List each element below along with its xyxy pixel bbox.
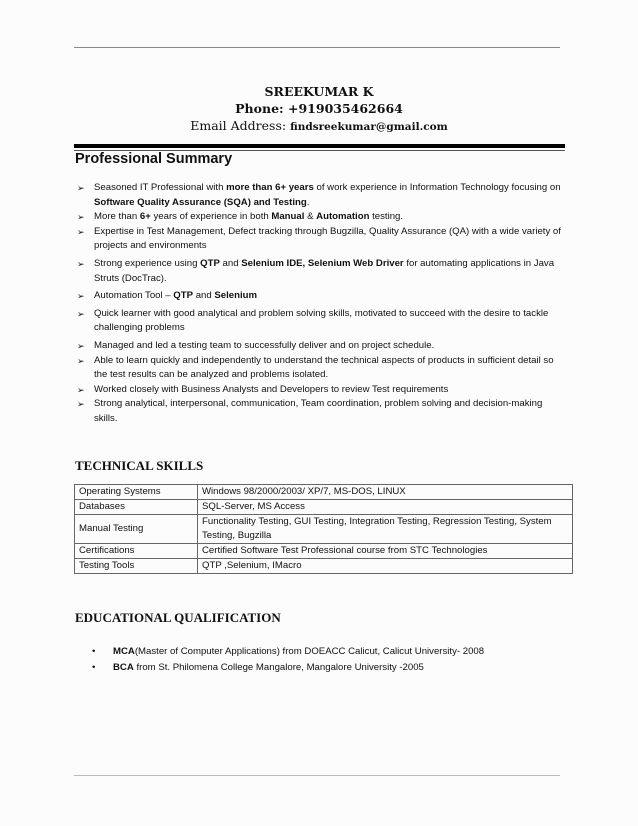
text: from St. Philomena College Mangalore, Ma… <box>134 662 424 673</box>
skill-value: SQL-Server, MS Access <box>198 500 573 515</box>
emphasis-text: QTP <box>200 258 220 269</box>
professional-summary-list: ➢Seasoned IT Professional with more than… <box>77 181 567 427</box>
email-address: findsreekumar@gmail.com <box>290 121 448 133</box>
arrow-bullet-icon: ➢ <box>77 210 85 225</box>
skill-category: Operating Systems <box>75 485 198 500</box>
skill-value: Windows 98/2000/2003/ XP/7, MS-DOS, LINU… <box>198 485 573 500</box>
phone-label: Phone: <box>235 101 283 116</box>
bottom-divider <box>74 775 560 776</box>
table-row: Operating SystemsWindows 98/2000/2003/ X… <box>75 485 573 500</box>
text: Worked closely with Business Analysts an… <box>94 384 448 395</box>
arrow-bullet-icon: ➢ <box>77 383 85 398</box>
skill-value: Certified Software Test Professional cou… <box>198 544 573 559</box>
arrow-bullet-icon: ➢ <box>77 339 85 354</box>
emphasis-text: Manual <box>271 211 304 222</box>
table-row: Manual TestingFunctionality Testing, GUI… <box>75 515 573 544</box>
professional-summary-heading: Professional Summary <box>75 151 232 167</box>
emphasis-text: QTP <box>173 290 193 301</box>
emphasis-text: MCA <box>113 646 135 657</box>
text: Managed and led a testing team to succes… <box>94 340 434 351</box>
table-row: DatabasesSQL-Server, MS Access <box>75 500 573 515</box>
round-bullet-icon: • <box>92 644 95 660</box>
table-row: CertificationsCertified Software Test Pr… <box>75 544 573 559</box>
email-label: Email Address: <box>190 118 286 133</box>
text: and <box>220 258 241 269</box>
text: Seasoned IT Professional with <box>94 182 226 193</box>
education-item: •BCA from St. Philomena College Mangalor… <box>92 660 484 676</box>
education-item: •MCA(Master of Computer Applications) fr… <box>92 644 484 660</box>
candidate-name: SREEKUMAR K <box>0 83 638 100</box>
summary-item: ➢Quick learner with good analytical and … <box>77 307 567 336</box>
arrow-bullet-icon: ➢ <box>77 225 85 240</box>
text: of work experience in Information Techno… <box>314 182 561 193</box>
skill-category: Testing Tools <box>75 559 198 574</box>
text: Quick learner with good analytical and p… <box>94 308 548 334</box>
arrow-bullet-icon: ➢ <box>77 289 85 304</box>
arrow-bullet-icon: ➢ <box>77 257 85 272</box>
section-divider-thick <box>74 144 565 148</box>
skill-category: Manual Testing <box>75 515 198 544</box>
text: . <box>307 197 310 208</box>
text: testing. <box>369 211 403 222</box>
summary-item: ➢Seasoned IT Professional with more than… <box>77 181 567 210</box>
technical-skills-heading: TECHNICAL SKILLS <box>75 458 203 474</box>
arrow-bullet-icon: ➢ <box>77 397 85 412</box>
top-divider <box>74 47 560 48</box>
text: More than <box>94 211 140 222</box>
text: Strong analytical, interpersonal, commun… <box>94 398 542 424</box>
summary-item: ➢Managed and led a testing team to succe… <box>77 339 567 354</box>
text: and <box>193 290 214 301</box>
emphasis-text: BCA <box>113 662 134 673</box>
phone-number: +919035462664 <box>288 101 403 116</box>
text: Automation Tool – <box>94 290 173 301</box>
summary-item: ➢Worked closely with Business Analysts a… <box>77 383 567 398</box>
emphasis-text: Automation <box>316 211 369 222</box>
emphasis-text: 6+ <box>140 211 151 222</box>
summary-item: ➢Automation Tool – QTP and Selenium <box>77 289 567 304</box>
summary-item: ➢Strong analytical, interpersonal, commu… <box>77 397 567 426</box>
arrow-bullet-icon: ➢ <box>77 307 85 322</box>
text: Able to learn quickly and independently … <box>94 355 554 381</box>
emphasis-text: Selenium IDE, Selenium Web Driver <box>241 258 403 269</box>
text: years of experience in both <box>151 211 272 222</box>
text: (Master of Computer Applications) from D… <box>135 646 484 657</box>
emphasis-text: more than 6+ years <box>226 182 314 193</box>
skill-value: QTP ,Selenium, IMacro <box>198 559 573 574</box>
summary-item: ➢Able to learn quickly and independently… <box>77 354 567 383</box>
table-row: Testing ToolsQTP ,Selenium, IMacro <box>75 559 573 574</box>
text: & <box>304 211 316 222</box>
arrow-bullet-icon: ➢ <box>77 354 85 369</box>
summary-item: ➢More than 6+ years of experience in bot… <box>77 210 567 225</box>
skill-category: Certifications <box>75 544 198 559</box>
emphasis-text: Software Quality Assurance (SQA) and Tes… <box>94 197 307 208</box>
education-heading: EDUCATIONAL QUALIFICATION <box>75 610 281 626</box>
contact-header: SREEKUMAR K Phone: +919035462664 Email A… <box>0 83 638 136</box>
phone-line: Phone: +919035462664 <box>0 100 638 117</box>
email-line: Email Address: findsreekumar@gmail.com <box>0 117 638 136</box>
education-list: •MCA(Master of Computer Applications) fr… <box>92 644 484 676</box>
text: Strong experience using <box>94 258 200 269</box>
round-bullet-icon: • <box>92 660 95 676</box>
summary-item: ➢Expertise in Test Management, Defect tr… <box>77 225 567 254</box>
technical-skills-table: Operating SystemsWindows 98/2000/2003/ X… <box>74 484 573 574</box>
skill-value: Functionality Testing, GUI Testing, Inte… <box>198 515 573 544</box>
skill-category: Databases <box>75 500 198 515</box>
text: Expertise in Test Management, Defect tra… <box>94 226 561 252</box>
summary-item: ➢Strong experience using QTP and Seleniu… <box>77 257 567 286</box>
arrow-bullet-icon: ➢ <box>77 181 85 196</box>
emphasis-text: Selenium <box>214 290 257 301</box>
